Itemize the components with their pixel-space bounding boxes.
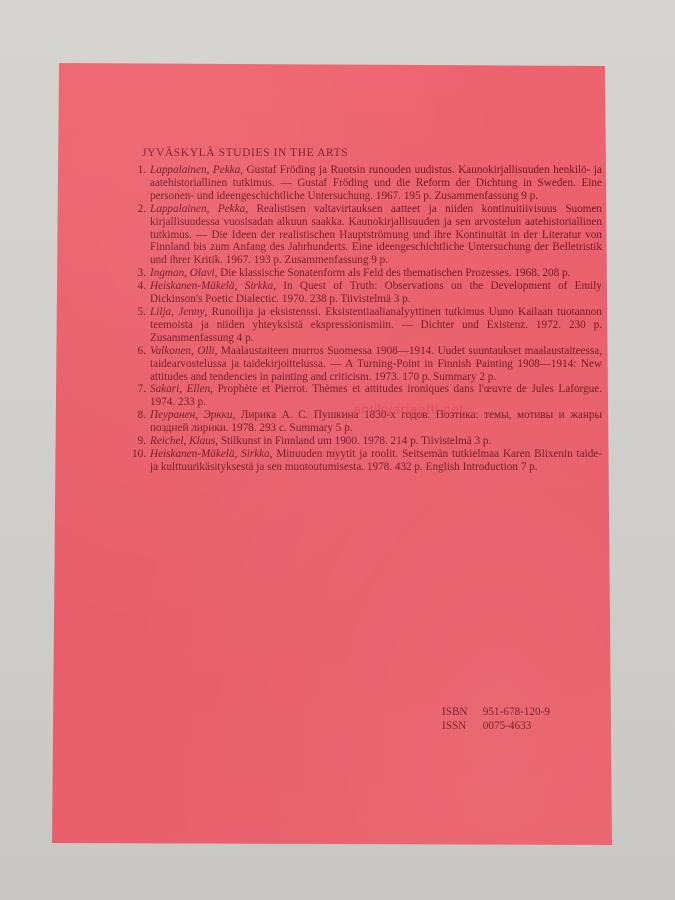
list-item: 10.Heiskanen-Mäkelä, Sirkka, Minuuden my… [132, 448, 602, 474]
list-item: 9.Reichel, Klaus, Stilkunst in Finnland … [132, 435, 602, 448]
entry-description: , Runoilija ja eksistenssi. Eksistentiaa… [150, 306, 602, 344]
isbn-value: 951-678-120-9 [483, 706, 550, 718]
entry-author: Ingman, Olavi [150, 267, 215, 279]
list-item: 1.Lappalainen, Pekka, Gustaf Fröding ja … [132, 164, 602, 203]
entry-number: 3. [132, 267, 146, 280]
watermark: antikvariaatti.net [353, 401, 464, 417]
entry-author: Sakari, Ellen [150, 383, 210, 395]
entry-author: Пеуранен, Эркки [150, 409, 232, 421]
entry-author: Lappalainen, Pekka [150, 203, 245, 215]
entry-author: Reichel, Klaus [150, 435, 215, 447]
entry-number: 7. [132, 383, 146, 396]
entry-author: Lappalainen, Pekka [150, 164, 240, 176]
list-item: 5.Lilja, Jenny, Runoilija ja eksistenssi… [132, 306, 602, 345]
isbn-line: ISBN 951-678-120-9 [442, 705, 550, 719]
entry-number: 8. [132, 409, 146, 422]
issn-label: ISSN [442, 719, 480, 733]
list-item: 4.Heiskanen-Mäkelä, Sirkka, In Quest of … [132, 280, 602, 306]
identifiers-block: ISBN 951-678-120-9 ISSN 0075-4633 [442, 705, 550, 733]
entry-author: Lilja, Jenny [150, 306, 204, 318]
book-back-cover: JYVÄSKYLÄ STUDIES IN THE ARTS 1.Lappalai… [52, 63, 612, 845]
entry-number: 10. [132, 448, 146, 461]
entry-number: 4. [132, 280, 146, 293]
series-title: JYVÄSKYLÄ STUDIES IN THE ARTS [142, 147, 348, 159]
entry-number: 5. [132, 306, 146, 319]
list-item: 6.Valkonen, Olli, Maalaustaiteen murros … [132, 345, 602, 384]
entry-description: , Maalaustaiteen murros Suomessa 1908—19… [150, 345, 602, 383]
entry-description: , Stilkunst in Finnland um 1900. 1978. 2… [215, 435, 491, 447]
entry-number: 6. [132, 345, 146, 358]
entry-number: 9. [132, 435, 146, 448]
issn-line: ISSN 0075-4633 [442, 719, 550, 733]
entry-author: Heiskanen-Mäkelä, Sirkka [150, 448, 270, 460]
publication-list: 1.Lappalainen, Pekka, Gustaf Fröding ja … [132, 164, 602, 474]
entry-number: 1. [132, 164, 146, 177]
entry-author: Valkonen, Olli [150, 345, 215, 357]
list-item: 3.Ingman, Olavi, Die klassische Sonatenf… [132, 267, 602, 280]
entry-number: 2. [132, 203, 146, 216]
entry-description: , Die klassische Sonatenform als Feld de… [215, 267, 571, 279]
isbn-label: ISBN [442, 705, 480, 719]
entry-author: Heiskanen-Mäkelä, Sirkka [150, 280, 273, 292]
issn-value: 0075-4633 [483, 720, 531, 732]
list-item: 2.Lappalainen, Pekka, Realistisen valtav… [132, 203, 602, 268]
